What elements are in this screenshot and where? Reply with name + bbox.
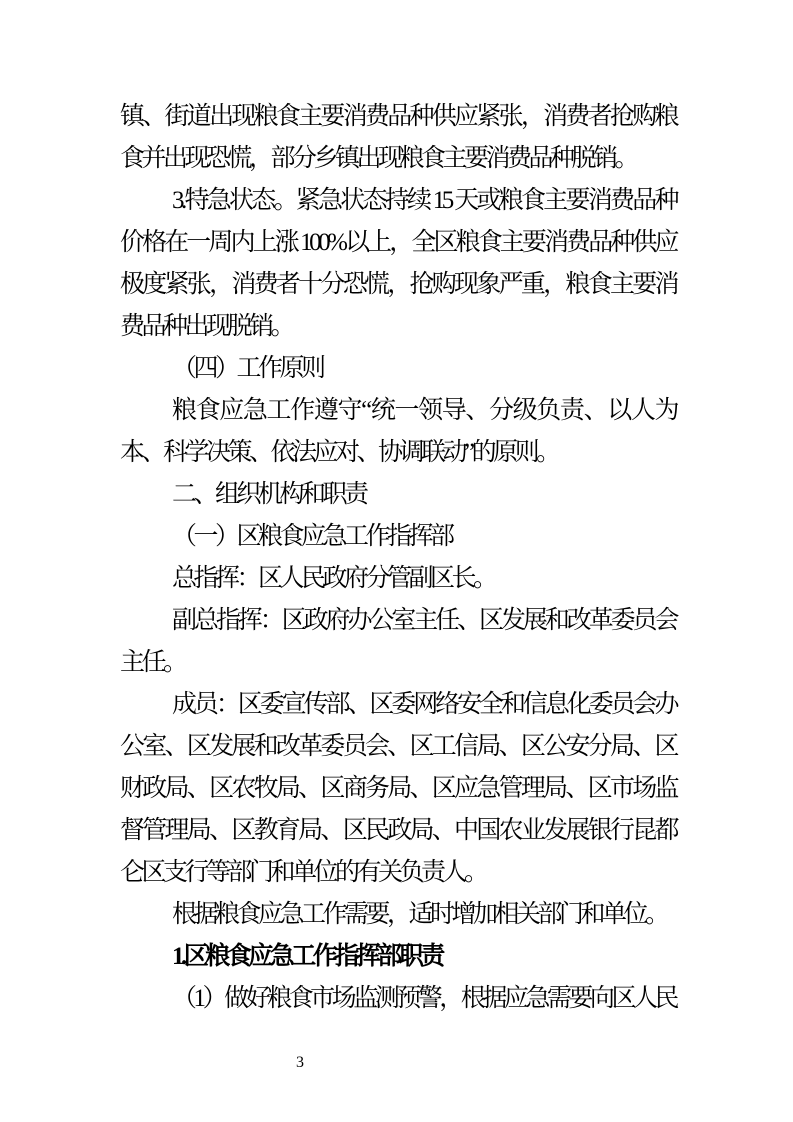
text-line: 根据粮食应急工作需要，适时增加相关部门和单位。 <box>120 894 676 936</box>
text-line: 3.特急状态。紧急状态持续 15 天或粮食主要消费品种 <box>120 180 676 222</box>
heading-command-duties: 1.区粮食应急工作指挥部职责 <box>120 936 676 978</box>
text-line: 成员：区委宣传部、区委网络安全和信息化委员会办 <box>120 684 676 726</box>
document-body: 镇、街道出现粮食主要消费品种供应紧张，消费者抢购粮 食并出现恐慌，部分乡镇出现粮… <box>120 96 676 1020</box>
text-line: 财政局、区农牧局、区商务局、区应急管理局、区市场监 <box>120 768 676 810</box>
text-line: 食并出现恐慌，部分乡镇出现粮食主要消费品种脱销。 <box>120 138 676 180</box>
text-line: 公室、区发展和改革委员会、区工信局、区公安分局、区 <box>120 726 676 768</box>
text-line: 价格在一周内上涨 100%以上，全区粮食主要消费品种供应 <box>120 222 676 264</box>
text-line: （1）做好粮食市场监测预警，根据应急需要向区人民 <box>120 978 676 1020</box>
page-number: 3 <box>296 1054 304 1072</box>
text-line: 总指挥：区人民政府分管副区长。 <box>120 558 676 600</box>
text-line: 仑区支行等部门和单位的有关负责人。 <box>120 852 676 894</box>
text-line: 副总指挥：区政府办公室主任、区发展和改革委员会 <box>120 600 676 642</box>
heading-org-structure: 二、组织机构和职责 <box>120 474 676 516</box>
heading-command-center: （一）区粮食应急工作指挥部 <box>120 516 676 558</box>
text-line: 主任。 <box>120 642 676 684</box>
text-line: 本、科学决策、依法应对、协调联动”的原则。 <box>120 432 676 474</box>
text-line: 镇、街道出现粮食主要消费品种供应紧张，消费者抢购粮 <box>120 96 676 138</box>
text-line: 粮食应急工作遵守“统一领导、分级负责、以人为 <box>120 390 676 432</box>
text-line: 极度紧张，消费者十分恐慌，抢购现象严重，粮食主要消 <box>120 264 676 306</box>
text-line: 费品种出现脱销。 <box>120 306 676 348</box>
text-line: 督管理局、区教育局、区民政局、中国农业发展银行昆都 <box>120 810 676 852</box>
document-page: 镇、街道出现粮食主要消费品种供应紧张，消费者抢购粮 食并出现恐慌，部分乡镇出现粮… <box>0 0 793 1122</box>
heading-work-principles: （四）工作原则 <box>120 348 676 390</box>
